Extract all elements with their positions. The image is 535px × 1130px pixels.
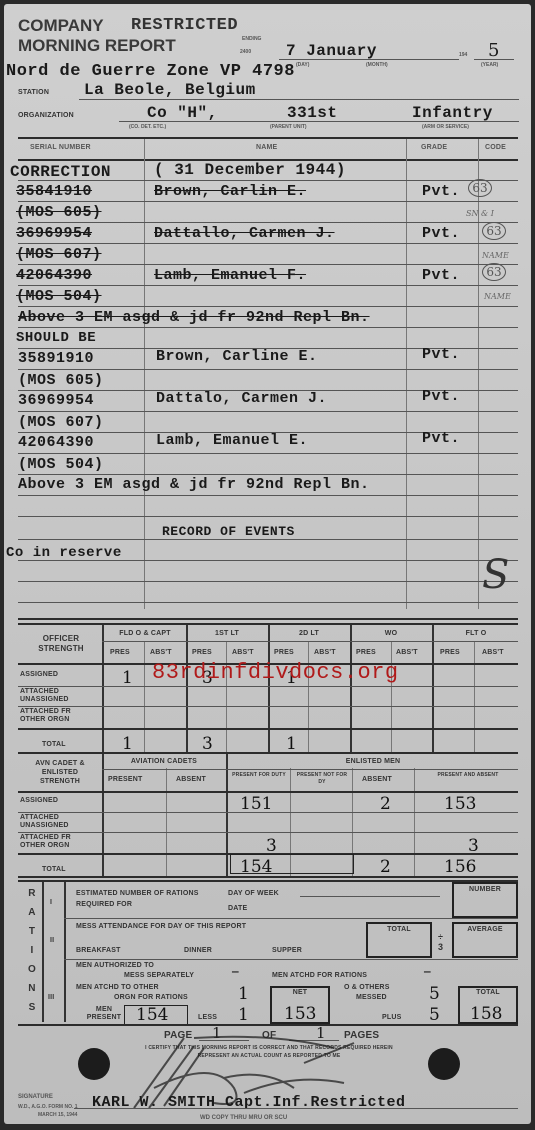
date-label: DATE <box>228 905 247 912</box>
subcol-pres: PRES <box>274 649 294 656</box>
morning-report-card: COMPANY RESTRICTED MORNING REPORT ENDING… <box>4 4 531 1124</box>
col-group-flt-o: FLT O <box>434 630 518 637</box>
routing-text: WD COPY THRU MRU OR SCU <box>200 1115 287 1121</box>
subcol-abst: ABS'T <box>396 649 418 656</box>
col-group-wo: WO <box>352 630 430 637</box>
row-attached-unassigned: ATTACHED UNASSIGNED <box>20 814 90 830</box>
caption-year: (YEAR) <box>481 62 498 68</box>
subcol-abst: ABS'T <box>314 649 336 656</box>
grand-total-value: 158 <box>470 1004 502 1024</box>
net-value: 153 <box>284 1004 316 1024</box>
total-label: TOTAL <box>368 926 430 933</box>
roster-serial: 36969954 <box>16 225 92 242</box>
restricted-stamp: RESTRICTED <box>131 16 238 35</box>
signature-label: SIGNATURE <box>18 1094 53 1100</box>
roster-serial: (MOS 607) <box>16 246 102 263</box>
col-code: CODE <box>485 144 506 151</box>
col-group-fld-capt: FLD O & CAPT <box>106 630 184 637</box>
number-label: NUMBER <box>454 886 516 893</box>
roster-name: Lamb, Emanuel F. <box>154 267 306 284</box>
section-ii-roman: II <box>50 937 54 944</box>
subcol-pres: PRES <box>356 649 376 656</box>
roster-name: Lamb, Emanuel E. <box>156 432 308 449</box>
em-total-present-absent: 156 <box>444 857 476 877</box>
average-label: AVERAGE <box>454 926 516 933</box>
em-total-present-duty: 154 <box>240 857 272 877</box>
em-total-absent: 2 <box>380 857 391 877</box>
mess-separately-label: MESS SEPARATELY <box>124 972 194 979</box>
others-label: O & OTHERS <box>344 984 390 991</box>
roster-serial: 35891910 <box>18 350 94 367</box>
col-em-absent: ABSENT <box>362 776 392 783</box>
roster-serial: 36969954 <box>18 392 94 409</box>
roster-name: Dattallo, Carmen J. <box>154 225 335 242</box>
subcol-abst: ABS'T <box>232 649 254 656</box>
roster-name: Brown, Carlin E. <box>154 183 306 200</box>
supper-label: SUPPER <box>272 947 302 954</box>
em-assigned-absent: 2 <box>380 794 391 814</box>
roster-name: Dattalo, Carmen J. <box>156 390 327 407</box>
atchd-other-value: 1 <box>238 984 249 1004</box>
row-total: TOTAL <box>42 741 66 748</box>
plus-value: 5 <box>429 1005 440 1025</box>
record-of-events-title: RECORD OF EVENTS <box>162 524 295 539</box>
grand-total-label: TOTAL <box>460 989 516 996</box>
day-of-week-label: DAY OF WEEK <box>228 890 279 897</box>
section-i-label: ESTIMATED NUMBER OF RATIONS REQUIRED FOR <box>76 888 206 910</box>
margin-note: NAME <box>482 251 509 260</box>
subcol-abst: ABS'T <box>482 649 504 656</box>
form-ref-1: W.D., A.G.O. FORM NO. 1 <box>18 1104 78 1110</box>
authorized-label: MEN AUTHORIZED TO <box>76 962 154 969</box>
dinner-label: DINNER <box>184 947 212 954</box>
roster-grade: Pvt. <box>422 183 460 200</box>
col-group-aviation-cadets: AVIATION CADETS <box>104 758 224 765</box>
report-date: 7 January <box>286 42 377 60</box>
subcol-pres: PRES <box>110 649 130 656</box>
record-of-events-entry: Co in reserve <box>6 545 122 561</box>
mess-separately-value: — <box>232 967 239 979</box>
year-prefix: 194 <box>459 52 467 58</box>
roster-grade: Pvt. <box>422 346 460 363</box>
form-title-company: COMPANY <box>18 16 104 36</box>
initial-mark: S <box>482 552 509 598</box>
col-cadets-absent: ABSENT <box>176 776 206 783</box>
row-attached-other: ATTACHED FR OTHER ORGN <box>20 834 90 850</box>
officer-total-1lt-pres: 3 <box>202 734 213 754</box>
caption-arm: (ARM OR SERVICE) <box>422 124 469 130</box>
roster-serial: (MOS 504) <box>18 456 104 473</box>
em-attached-present-duty: 3 <box>266 836 277 856</box>
row-assigned: ASSIGNED <box>20 671 58 678</box>
roster-grade: Pvt. <box>422 430 460 447</box>
subcol-abst: ABS'T <box>150 649 172 656</box>
station-label: STATION <box>18 89 49 96</box>
atchd-for-rations-label: MEN ATCHD FOR RATIONS <box>272 972 367 979</box>
breakfast-label: BREAKFAST <box>76 947 121 954</box>
atchd-other-label: MEN ATCHD TO OTHER <box>76 984 159 991</box>
form-ref-2: MARCH 15, 1944 <box>38 1112 77 1118</box>
location-line: Nord de Guerre Zone VP 4798 <box>6 62 295 81</box>
roster-code-circled: 63 <box>482 263 506 281</box>
subcol-pres: PRES <box>192 649 212 656</box>
men-present-value: 154 <box>136 1005 168 1025</box>
rations-side-label: RATIONS <box>26 884 38 1017</box>
col-present-and-absent: PRESENT AND ABSENT <box>428 772 508 779</box>
roster-serial: CORRECTION <box>10 163 111 181</box>
form-title-morning-report: MORNING REPORT <box>18 36 176 56</box>
col-grade: GRADE <box>421 144 447 151</box>
row-attached-other: ATTACHED FR OTHER ORGN <box>20 708 90 724</box>
row-assigned: ASSIGNED <box>20 797 58 804</box>
roster-serial: (MOS 605) <box>18 372 104 389</box>
roster-serial: 42064390 <box>16 267 92 284</box>
roster-serial: (MOS 607) <box>18 414 104 431</box>
organization-arm: Infantry <box>412 104 493 122</box>
col-name: NAME <box>256 144 277 151</box>
section-iii-roman: III <box>48 994 54 1001</box>
punch-hole-right <box>428 1048 460 1080</box>
caption-parent: (PARENT UNIT) <box>270 124 307 130</box>
section-i-roman: I <box>50 899 52 906</box>
margin-note: NAME <box>484 292 511 301</box>
col-cadets-present: PRESENT <box>108 776 142 783</box>
watermark-text: 83rdinfdivdocs.org <box>152 660 399 685</box>
col-present-for-duty: PRESENT FOR DUTY <box>230 772 288 779</box>
roster-name: Brown, Carline E. <box>156 348 318 365</box>
col-group-2d-lt: 2D LT <box>270 630 348 637</box>
roster-grade: Pvt. <box>422 388 460 405</box>
roster-remark: Above 3 EM asgd & jd fr 92nd Repl Bn. <box>18 476 370 493</box>
ending-time: 2400 <box>240 49 251 55</box>
margin-note: SN & I <box>466 209 494 218</box>
roster-should-be: SHOULD BE <box>16 330 96 346</box>
officer-assigned-fld-pres: 1 <box>122 668 133 688</box>
em-attached-present-absent: 3 <box>468 836 479 856</box>
col-group-1st-lt: 1ST LT <box>188 630 266 637</box>
col-serial-number: SERIAL NUMBER <box>30 144 91 151</box>
station-value: La Beole, Belgium <box>84 81 256 99</box>
roster-name: ( 31 December 1944) <box>154 161 346 179</box>
ending-label: ENDING <box>242 36 261 42</box>
section-ii-label: MESS ATTENDANCE FOR DAY OF THIS REPORT <box>76 923 246 930</box>
year-suffix: 5 <box>488 40 499 61</box>
less-label: LESS <box>198 1014 217 1021</box>
atchd-for-rations-value: — <box>424 967 431 979</box>
organization-company: Co "H", <box>147 104 218 122</box>
men-present-label: MEN PRESENT <box>86 1006 122 1022</box>
caption-day: (DAY) <box>296 62 309 68</box>
em-assigned-present-duty: 151 <box>240 794 272 814</box>
roster-serial: (MOS 504) <box>16 288 102 305</box>
net-label: NET <box>272 989 328 996</box>
officer-strength-title: OFFICER STRENGTH <box>26 634 96 654</box>
enlisted-strength-title: AVN CADET & ENLISTED STRENGTH <box>24 759 96 786</box>
organization-unit: 331st <box>287 104 338 122</box>
less-value: 1 <box>238 1005 249 1025</box>
officer-total-fld-pres: 1 <box>122 734 133 754</box>
caption-month: (MONTH) <box>366 62 388 68</box>
roster-remark: Above 3 EM asgd & jd fr 92nd Repl Bn. <box>18 309 370 326</box>
roster-serial: (MOS 605) <box>16 204 102 221</box>
subcol-pres: PRES <box>440 649 460 656</box>
divide-by-three: ÷ 3 <box>438 932 446 952</box>
row-total: TOTAL <box>42 866 66 873</box>
roster-grade: Pvt. <box>422 225 460 242</box>
officer-total-2lt-pres: 1 <box>286 734 297 754</box>
plus-label: PLUS <box>382 1014 401 1021</box>
col-present-not-for-duty: PRESENT NOT FOR DY <box>294 772 350 786</box>
roster-serial: 35841910 <box>16 183 92 200</box>
roster-code-circled: 63 <box>482 222 506 240</box>
col-group-enlisted-men: ENLISTED MEN <box>228 758 518 765</box>
others-messed-value: 5 <box>429 984 440 1004</box>
messed-label: MESSED <box>356 994 387 1001</box>
roster-code-circled: 63 <box>468 179 492 197</box>
em-assigned-present-absent: 153 <box>444 794 476 814</box>
roster-serial: 42064390 <box>18 434 94 451</box>
row-attached-unassigned: ATTACHED UNASSIGNED <box>20 688 90 704</box>
orgn-for-rations-label: ORGN FOR RATIONS <box>114 994 188 1001</box>
caption-org: (CO. DET. ETC.) <box>129 124 166 130</box>
organization-label: ORGANIZATION <box>18 112 74 119</box>
roster-grade: Pvt. <box>422 267 460 284</box>
